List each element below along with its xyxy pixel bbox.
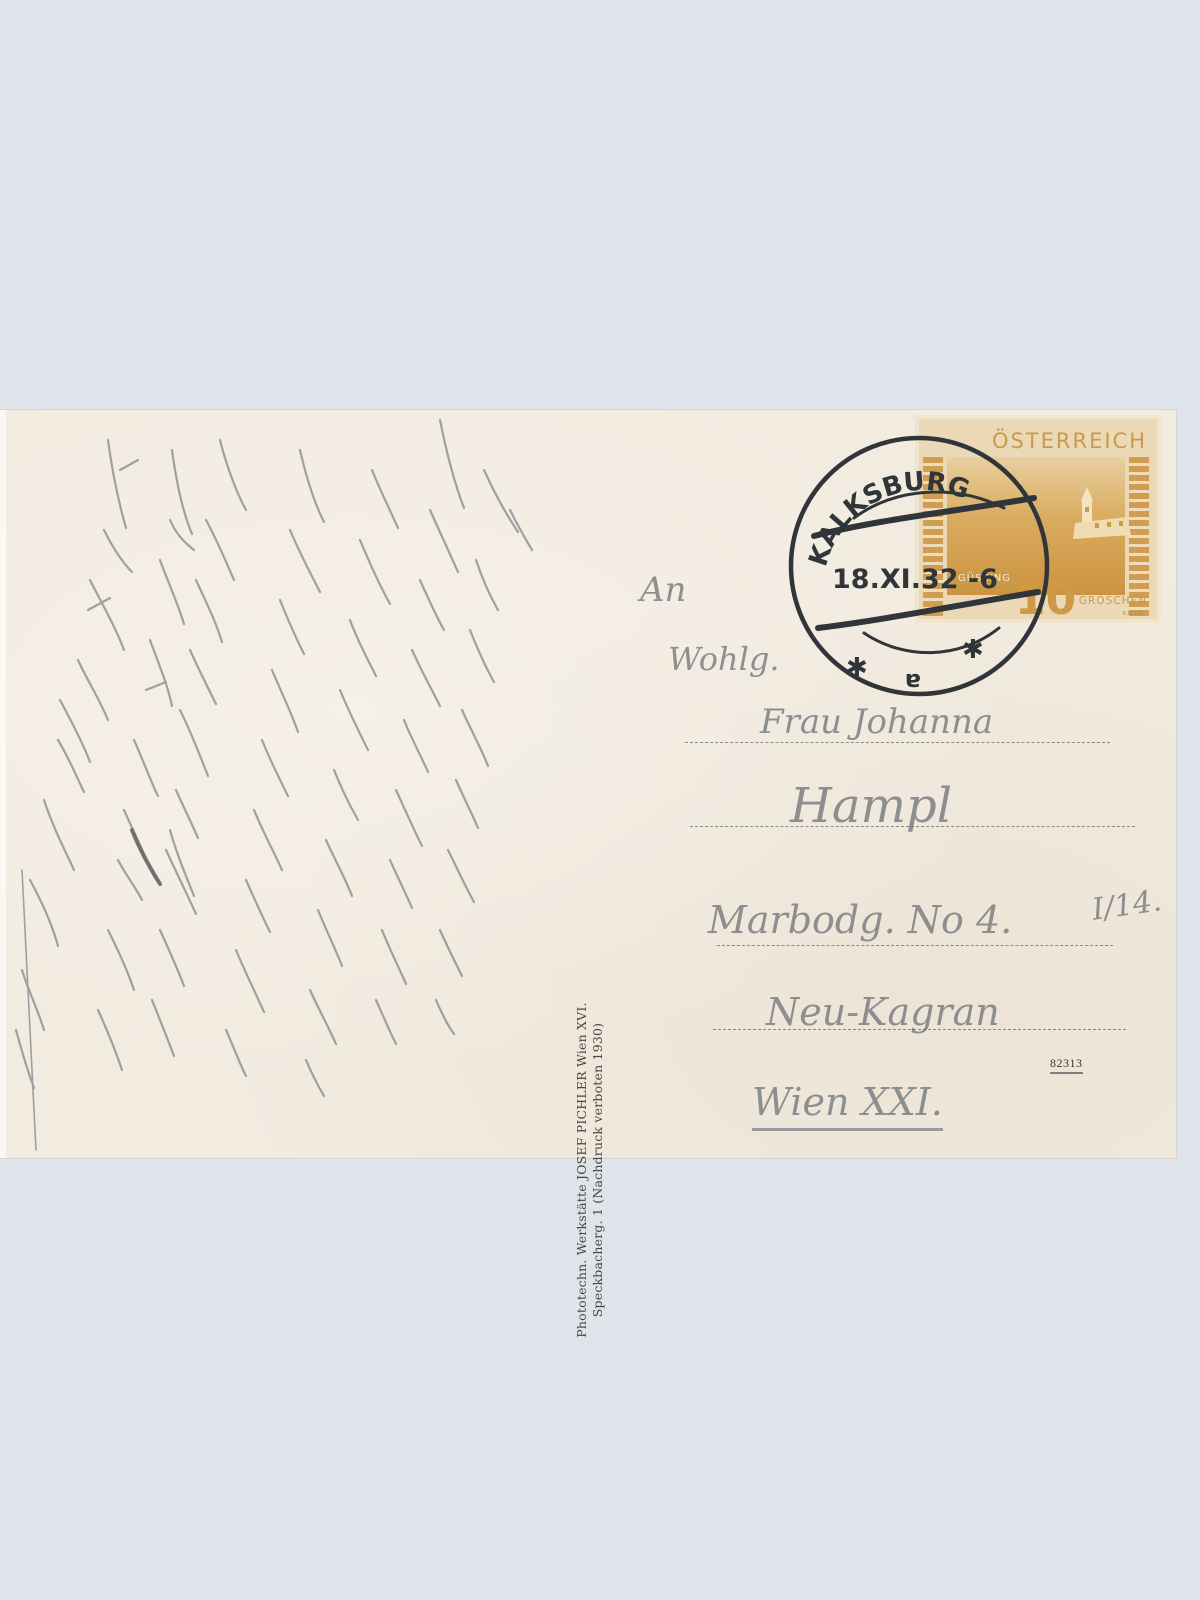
handwritten-message xyxy=(0,410,600,1158)
postmark-star-right: ✱ xyxy=(962,635,984,665)
address-line-3 xyxy=(717,945,1113,946)
serial-number: 82313 xyxy=(1050,1056,1083,1074)
address-line-1 xyxy=(685,742,1110,743)
address-honorific: Wohlg. xyxy=(668,640,779,678)
address-district: Neu-Kagran xyxy=(766,990,1000,1034)
stamp-designer: K.PETZL xyxy=(1123,611,1143,617)
postmark: KALKSBURG 18.XI.32 -6 ✱ ✱ a xyxy=(784,428,1054,698)
imprint-line-2: Speckbacherg. 1 (Nachdruck verboten 1930… xyxy=(590,1002,606,1337)
address-name-line: Frau Johanna xyxy=(760,702,993,742)
postmark-letter: a xyxy=(905,668,921,696)
address-apartment: I/14. xyxy=(1090,883,1164,927)
postmark-star-left: ✱ xyxy=(846,653,868,683)
address-city: Wien XXI. xyxy=(752,1080,943,1131)
address-salutation: An xyxy=(640,570,686,610)
postmark-date: 18.XI.32 -6 xyxy=(832,564,998,595)
imprint-line-1: Phototechn. Werkstätte JOSEF PICHLER Wie… xyxy=(574,1002,590,1337)
castle-icon xyxy=(1065,487,1135,547)
postcard: Phototechn. Werkstätte JOSEF PICHLER Wie… xyxy=(0,410,1176,1158)
publisher-imprint: Phototechn. Werkstätte JOSEF PICHLER Wie… xyxy=(574,1002,606,1337)
stamp-perforation xyxy=(915,413,1161,417)
address-line-4 xyxy=(713,1029,1126,1030)
address-line-2 xyxy=(690,826,1135,827)
stamp-currency: GROSCHEN xyxy=(1079,595,1147,607)
address-street: Marbodg. No 4. xyxy=(708,898,1012,942)
